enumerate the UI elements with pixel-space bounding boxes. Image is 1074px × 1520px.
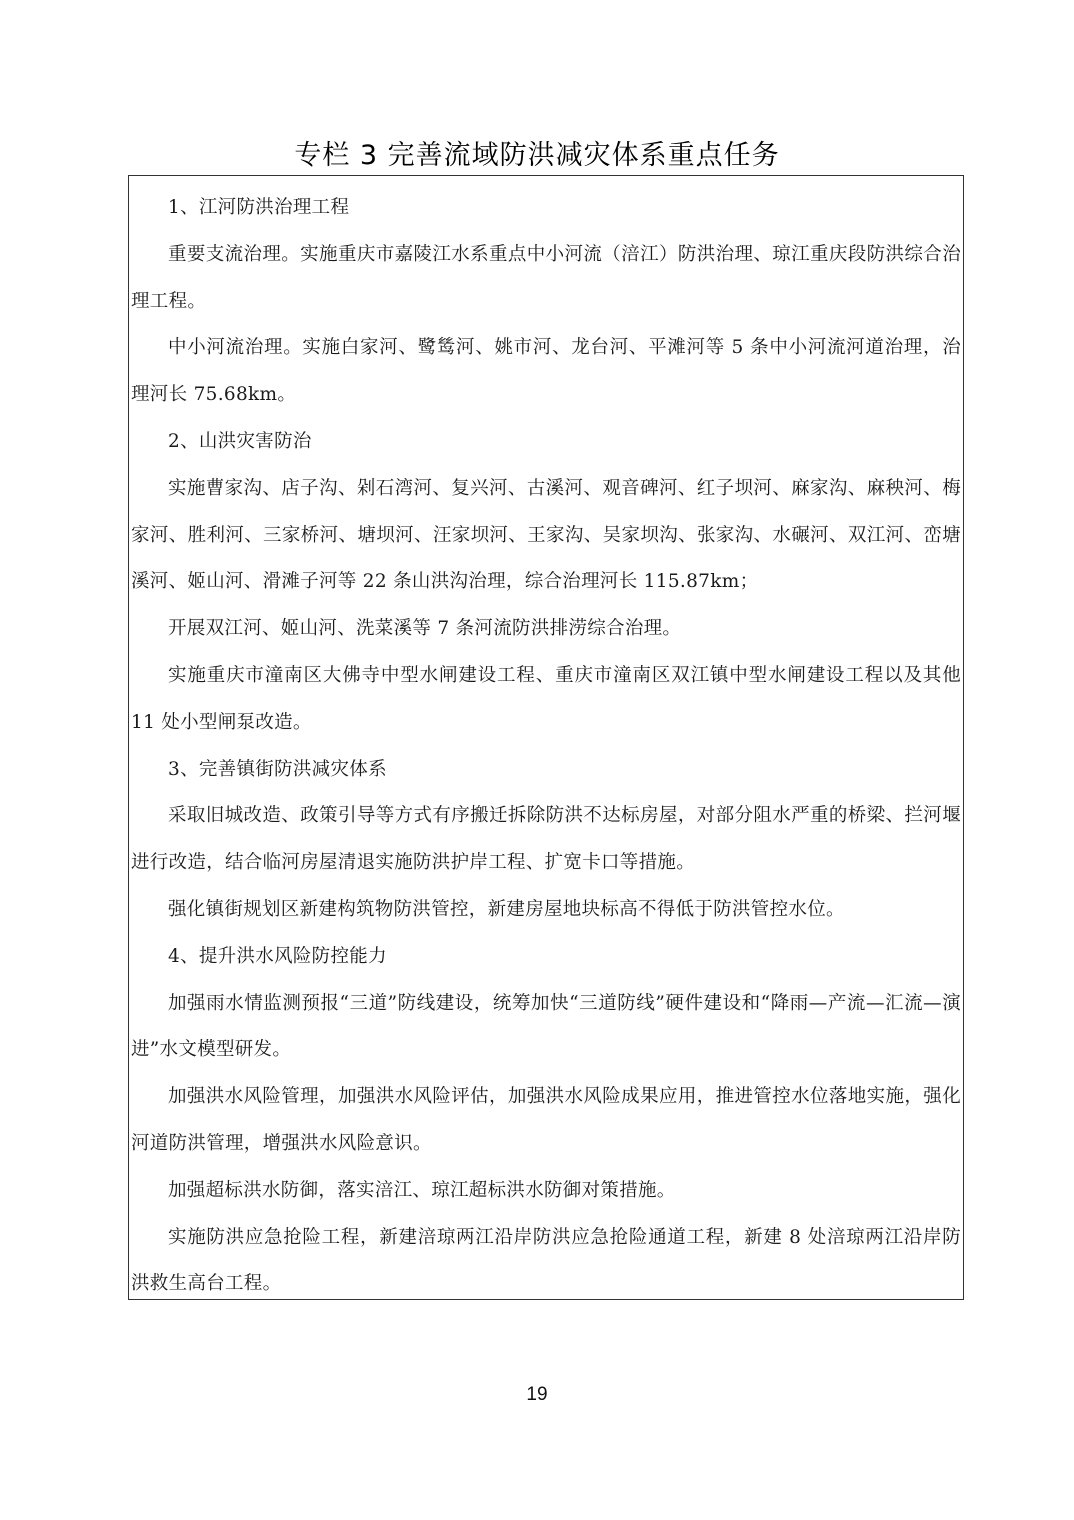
paragraph-relocation: 采取旧城改造、政策引导等方式有序搬迁拆除防洪不达标房屋，对部分阻水严重的桥梁、拦… (131, 793, 961, 887)
paragraph-tributary: 重要支流治理。实施重庆市嘉陵江水系重点中小河流（涪江）防洪治理、琼江重庆段防洪综… (131, 232, 961, 326)
paragraph-small-rivers: 中小河流治理。实施白家河、鹭鸶河、姚市河、龙台河、平滩河等 5 条中小河流河道治… (131, 325, 961, 419)
section-heading-3: 3、完善镇街防洪减灾体系 (131, 747, 961, 794)
paragraph-control: 强化镇街规划区新建构筑物防洪管控，新建房屋地块标高不得低于防洪管控水位。 (131, 887, 961, 934)
section-heading-2: 2、山洪灾害防治 (131, 419, 961, 466)
paragraph-sluice: 实施重庆市潼南区大佛寺中型水闸建设工程、重庆市潼南区双江镇中型水闸建设工程以及其… (131, 653, 961, 747)
paragraph-drainage: 开展双江河、姬山河、洗菜溪等 7 条河流防洪排涝综合治理。 (131, 606, 961, 653)
paragraph-risk-management: 加强洪水风险管理，加强洪水风险评估，加强洪水风险成果应用，推进管控水位落地实施，… (131, 1074, 961, 1168)
section-heading-1: 1、江河防洪治理工程 (131, 185, 961, 232)
page-number: 19 (0, 1384, 1074, 1406)
paragraph-extreme-flood: 加强超标洪水防御，落实涪江、琼江超标洪水防御对策措施。 (131, 1168, 961, 1215)
section-heading-4: 4、提升洪水风险防控能力 (131, 934, 961, 981)
page-title: 专栏 3 完善流域防洪减灾体系重点任务 (0, 136, 1074, 176)
paragraph-monitoring: 加强雨水情监测预报“三道”防线建设，统筹加快“三道防线”硬件建设和“降雨—产流—… (131, 981, 961, 1075)
paragraph-emergency: 实施防洪应急抢险工程，新建涪琼两江沿岸防洪应急抢险通道工程，新建 8 处涪琼两江… (131, 1215, 961, 1309)
task-box: 1、江河防洪治理工程 重要支流治理。实施重庆市嘉陵江水系重点中小河流（涪江）防洪… (128, 175, 964, 1300)
paragraph-mountain-floods: 实施曹家沟、店子沟、剁石湾河、复兴河、古溪河、观音碑河、红子坝河、麻家沟、麻秧河… (131, 466, 961, 606)
